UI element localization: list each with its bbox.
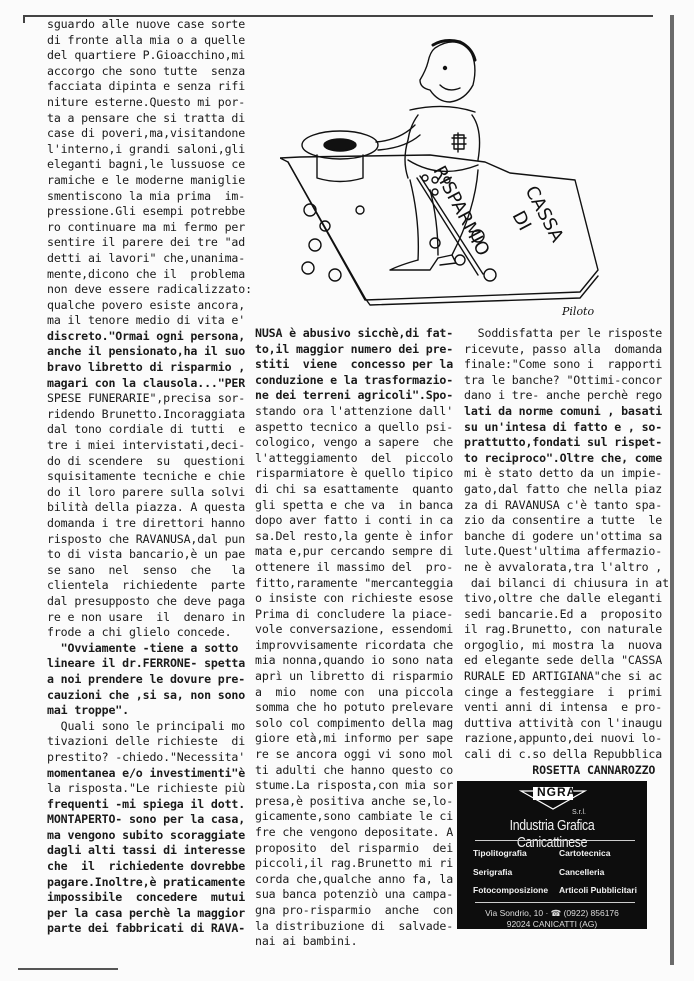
text-line: risparmiatore è quello tipico bbox=[255, 466, 455, 482]
page-border-bottom bbox=[18, 968, 118, 970]
service-item: Cartotecnica bbox=[559, 848, 611, 858]
text-line: ramiche e le moderne maniglie bbox=[47, 173, 252, 189]
text-line: somma che ho potuto prelevare bbox=[255, 700, 455, 716]
text-line: qualche povero esiste ancora, bbox=[47, 298, 252, 314]
text-line: bravo libretto di risparmio , bbox=[47, 360, 252, 376]
text-line: gli spetta e che va in banca bbox=[255, 498, 455, 514]
text-line: dagli alti tassi di interesse bbox=[47, 843, 252, 859]
text-line: cauzioni che ,si sa, non sono bbox=[47, 688, 252, 704]
text-line: orgoglio, mi mostra la nuova bbox=[464, 638, 664, 654]
text-line: squisitamente tecniche e chie bbox=[47, 469, 252, 485]
text-line: ro continuare ma mi fermo per bbox=[47, 220, 252, 236]
text-line: za di RAVANUSA c'è tanto spa- bbox=[464, 498, 664, 514]
text-line: l'interno,i grandi saloni,gli bbox=[47, 142, 252, 158]
text-line: a mio nome con una piccola bbox=[255, 685, 455, 701]
text-line: clientela richiedente parte bbox=[47, 578, 252, 594]
text-line: gna pro-risparmio anche con bbox=[255, 903, 455, 919]
text-line: solo col compimento della mag bbox=[255, 716, 455, 732]
text-line: lineare il dr.FERRONE- spetta bbox=[47, 656, 252, 672]
article-column-2: NUSA è abusivo sicchè,di fat-to,il maggi… bbox=[255, 326, 455, 950]
text-line: frode a chi glielo concede. bbox=[47, 625, 252, 641]
text-line: gato,dal fatto che nella piaz bbox=[464, 482, 664, 498]
text-line: domanda i tre direttori hanno bbox=[47, 516, 252, 532]
text-line: ridendo Brunetto.Incoraggiata bbox=[47, 407, 252, 423]
text-line: che il richiedente dovrebbe bbox=[47, 859, 252, 875]
text-line: nai ai bambini. bbox=[255, 934, 455, 950]
company-name: Industria Grafica Canicattinese bbox=[474, 817, 630, 851]
text-line: smentiscono la mia prima im- bbox=[47, 189, 252, 205]
text-line: proposito del risparmio dei bbox=[255, 841, 455, 857]
text-line: prattutto,fondati sul rispet- bbox=[464, 435, 664, 451]
text-line: sedi bancarie.Ed a proposito bbox=[464, 607, 664, 623]
text-line: case di poveri,ma,visitandone bbox=[47, 126, 252, 142]
text-line: vole conversazione, essendomi bbox=[255, 622, 455, 638]
text-line: niture esterne.Questo mi por- bbox=[47, 95, 252, 111]
text-line: tra le banche? "Ottimi-concor bbox=[464, 373, 664, 389]
text-line: Soddisfatta per le risposte bbox=[464, 326, 664, 342]
text-line: to di vista bancario,è un pae bbox=[47, 547, 252, 563]
text-line: ROSETTA CANNAROZZO bbox=[464, 763, 664, 779]
text-line: l'atteggiamento del piccolo bbox=[255, 451, 455, 467]
text-line: lute.Quest'ultima affermazio- bbox=[464, 544, 664, 560]
text-line: di chi sa esattamente quanto bbox=[255, 482, 455, 498]
text-line: "Ovviamente -tiene a sotto bbox=[47, 641, 252, 657]
text-line: ne è avvalorata,tra l'altro , bbox=[464, 560, 664, 576]
text-line: corda che,qualche anno fa, la bbox=[255, 872, 455, 888]
article-column-3: Soddisfatta per le rispostericevute, pas… bbox=[464, 326, 664, 778]
text-line: MONTAPERTO- sono per la casa, bbox=[47, 812, 252, 828]
text-line: stume.La risposta,con mia sor bbox=[255, 778, 455, 794]
text-line: momentanea e/o investimenti"è bbox=[47, 766, 252, 782]
text-line: mai troppe". bbox=[47, 703, 252, 719]
text-line: il rag.Brunetto, con naturale bbox=[464, 622, 664, 638]
text-line: magari con la clausola..."PER bbox=[47, 376, 252, 392]
text-line: razione,appunto,dei nuovi lo- bbox=[464, 731, 664, 747]
text-line: aspetto tecnico a quello psi- bbox=[255, 420, 455, 436]
address-line-1: Via Sondrio, 10 · ☎ (0922) 856176 bbox=[457, 908, 647, 919]
text-line: gicamente,sono cambiate le ci bbox=[255, 809, 455, 825]
text-line: stiti viene concesso per la bbox=[255, 357, 455, 373]
text-line: bilità della piazza. A questa bbox=[47, 500, 252, 516]
text-line: la distribuzione di salvade- bbox=[255, 919, 455, 935]
logo-text: NGRA bbox=[537, 785, 576, 799]
text-line: improvvisamente ricordata che bbox=[255, 638, 455, 654]
text-line: tivazioni delle richieste di bbox=[47, 734, 252, 750]
divider bbox=[475, 902, 635, 903]
service-item: Articoli Pubblicitari bbox=[559, 885, 637, 895]
text-line: pressione.Gli esempi potrebbe bbox=[47, 204, 252, 220]
text-line: impossibile concedere mutui bbox=[47, 890, 252, 906]
text-line: o insiste con richieste esose bbox=[255, 591, 455, 607]
text-line: ricevute, passo alla domanda bbox=[464, 342, 664, 358]
text-line: dai bilanci di chiusura in at bbox=[464, 576, 664, 592]
text-line: detti ai lavori" che,unanima- bbox=[47, 251, 252, 267]
text-line: sa.Del resto,la gente è infor bbox=[255, 529, 455, 545]
article-column-1: sguardo alle nuove case sortedi fronte a… bbox=[47, 17, 252, 937]
artist-signature: Piloto bbox=[561, 305, 594, 318]
divider bbox=[475, 840, 635, 841]
service-item: Tipolitografia bbox=[473, 848, 527, 858]
text-line: finale:"Come sono i rapporti bbox=[464, 357, 664, 373]
cartoon-illustration: CASSA DI RISPARMIO Piloto bbox=[280, 30, 600, 320]
text-line: lati da norme comuni , basati bbox=[464, 404, 664, 420]
text-line: aprì un libretto di risparmio bbox=[255, 669, 455, 685]
text-line: parte dei fabbricati di RAVA- bbox=[47, 921, 252, 937]
text-line: stando ora l'attenzione dall' bbox=[255, 404, 455, 420]
text-line: a noi prendere le dovure pre- bbox=[47, 672, 252, 688]
text-line: dal presupposto che deve paga bbox=[47, 594, 252, 610]
text-line: sua banca potenziò una campa- bbox=[255, 887, 455, 903]
text-line: re e non usare il denaro in bbox=[47, 610, 252, 626]
service-item: Serigrafia bbox=[473, 867, 512, 877]
text-line: la risposta."Le richieste più bbox=[47, 781, 252, 797]
text-line: zio da consentire a tutte le bbox=[464, 513, 664, 529]
text-line: risposto che RAVANUSA,dal pun bbox=[47, 532, 252, 548]
text-line: fre che vengono depositate. A bbox=[255, 825, 455, 841]
text-line: tivo,oltre che dalle eleganti bbox=[464, 591, 664, 607]
text-line: banche di godere un'ottima sa bbox=[464, 529, 664, 545]
text-line: accorgo che sono tutte senza bbox=[47, 64, 252, 80]
service-item: Fotocomposizione bbox=[473, 885, 548, 895]
text-line: ma il tenore medio di vita e' bbox=[47, 313, 252, 329]
text-line: pagare.Inoltre,è praticamente bbox=[47, 875, 252, 891]
page-border-right bbox=[670, 15, 674, 965]
text-line: facciata dipinta e senza rifi bbox=[47, 79, 252, 95]
text-line: cali di c.so della Repubblica bbox=[464, 747, 664, 763]
service-item: Cancelleria bbox=[559, 867, 604, 877]
text-line: ma vengono subito scoraggiate bbox=[47, 828, 252, 844]
text-line: presa,è positiva anche se,lo- bbox=[255, 794, 455, 810]
text-line: anche il pensionato,ha il suo bbox=[47, 344, 252, 360]
text-line: su un'intesa di fatto e , so- bbox=[464, 420, 664, 436]
text-line: dopo aver fatto i conti in ca bbox=[255, 513, 455, 529]
text-line: ed elegante sede della "CASSA bbox=[464, 653, 664, 669]
text-line: fitto,raramente "mercanteggia bbox=[255, 576, 455, 592]
text-line: sentire il parere dei tre "ad bbox=[47, 235, 252, 251]
text-line: duttiva attività con l'inaugu bbox=[464, 716, 664, 732]
text-line: RURALE ED ARTIGIANA"che si ac bbox=[464, 669, 664, 685]
text-line: di fronte alla mia o a quelle bbox=[47, 33, 252, 49]
text-line: mata e,pur cercando sempre di bbox=[255, 544, 455, 560]
text-line: per la casa perchè la maggior bbox=[47, 906, 252, 922]
text-line: mente,dicono che il problema bbox=[47, 267, 252, 283]
text-line: Quali sono le principali mo bbox=[47, 719, 252, 735]
text-line: cologico, vengo a sapere che bbox=[255, 435, 455, 451]
text-line: sguardo alle nuove case sorte bbox=[47, 17, 252, 33]
text-line: prestito? -chiedo."Necessita' bbox=[47, 750, 252, 766]
text-line: mi è stato detto da un impie- bbox=[464, 466, 664, 482]
text-line: ta a pensare che si tratta di bbox=[47, 111, 252, 127]
text-line: to,il maggior numero dei pre- bbox=[255, 342, 455, 358]
text-line: do di scendere su questioni bbox=[47, 454, 252, 470]
text-line: ti adulti che hanno questo co bbox=[255, 763, 455, 779]
text-line: ne dei terreni agricoli".Spo- bbox=[255, 388, 455, 404]
text-line: frequenti -mi spiega il dott. bbox=[47, 797, 252, 813]
text-line: do il loro parere sulla solvi bbox=[47, 485, 252, 501]
advertisement-box: NGRA S.r.l. Industria Grafica Canicattin… bbox=[457, 781, 647, 929]
text-line: Prima di concludere la piace- bbox=[255, 607, 455, 623]
text-line: tre i miei intervistati,deci- bbox=[47, 438, 252, 454]
text-line: del quartiere P.Gioacchino,mi bbox=[47, 48, 252, 64]
text-line: dano i tre- anche perchè rego bbox=[464, 388, 664, 404]
text-line: dal tono cordiale di tutti e bbox=[47, 422, 252, 438]
text-line: giore età,mi informo per sape bbox=[255, 731, 455, 747]
text-line: discreto."Ormai ogni persona, bbox=[47, 329, 252, 345]
text-line: venti anni di intensa e pro- bbox=[464, 700, 664, 716]
text-line: piccoli,il rag.Brunetto mi ri bbox=[255, 856, 455, 872]
man-head-icon bbox=[420, 42, 475, 102]
text-line: re se ancora oggi vi sono mol bbox=[255, 747, 455, 763]
address-line-2: 92024 CANICATTI (AG) bbox=[457, 919, 647, 929]
text-line: SPESE FUNERARIE",precisa sor- bbox=[47, 391, 252, 407]
text-line: mia nonna,quando io sono nata bbox=[255, 653, 455, 669]
text-line: eleganti bagni,le lussuose ce bbox=[47, 157, 252, 173]
text-line: NUSA è abusivo sicchè,di fat- bbox=[255, 326, 455, 342]
text-line: ottenere il massimo del pro- bbox=[255, 560, 455, 576]
page-border-left bbox=[23, 15, 25, 23]
text-line: conduzione e la trasformazio- bbox=[255, 373, 455, 389]
text-line: cinge a festeggiare i primi bbox=[464, 685, 664, 701]
logo-suffix: S.r.l. bbox=[572, 809, 586, 816]
text-line: to reciproco".Oltre che, come bbox=[464, 451, 664, 467]
text-line: non deve essere radicalizzato: bbox=[47, 282, 252, 298]
text-line: se sano nel senso che la bbox=[47, 563, 252, 579]
